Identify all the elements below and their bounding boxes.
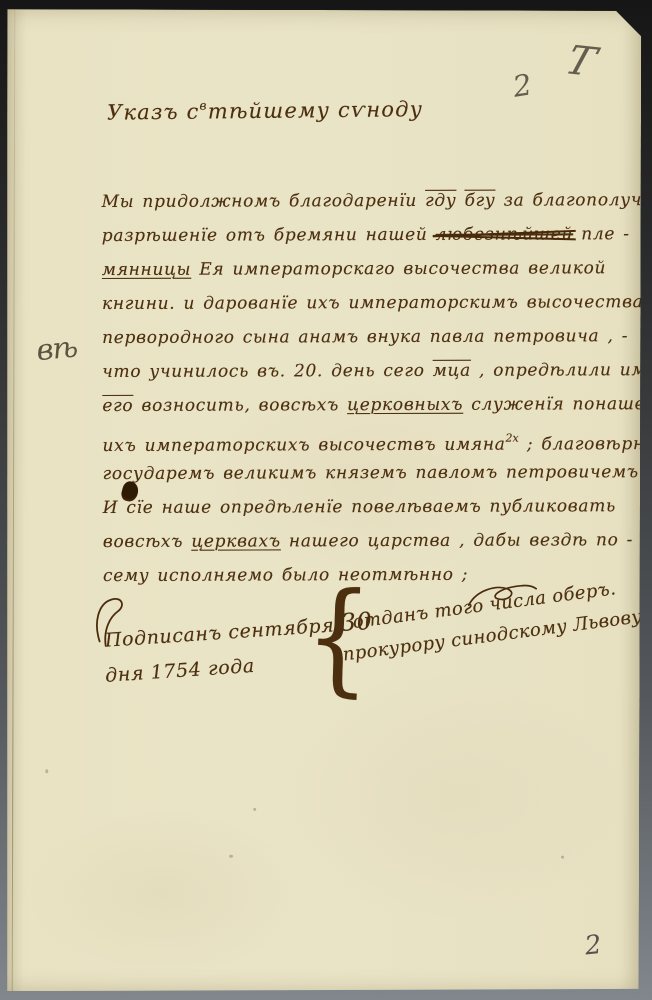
line-text: ихъ императорскихъ высочествъ имяна (102, 435, 505, 456)
line-text: служенїя понаше (463, 394, 645, 415)
line-text: первородного сына анамъ внука павла петр… (102, 326, 628, 348)
paper-speck (229, 855, 233, 858)
underlined-word: церквахъ (191, 531, 281, 551)
line-text: что учинилось въ. 20. день сего (102, 361, 433, 382)
paper-left-crease (12, 9, 16, 991)
crossed-out-word: любезнѣйшей (436, 224, 574, 244)
paper-speck (561, 856, 564, 859)
document-title: Указъ свтѣйшему сѵноду (107, 96, 423, 125)
margin-scribal-mark: вѣ (35, 329, 79, 367)
underlined-word: мянницы (102, 260, 191, 280)
manuscript-line: Мы придолжномъ благодаренїи гду бгу за б… (102, 183, 622, 219)
manuscript-line: его возносить, вовсѣхъ церковныхъ служен… (102, 387, 622, 423)
line-text: Ея императорскаго высочества великой (191, 258, 606, 279)
line-text: разрѣшенїе отъ бремяни нашей (102, 225, 436, 246)
manuscript-line: государемъ великимъ княземъ павломъ петр… (103, 455, 623, 491)
line-text: сему исполняемо было неотмѣнно ; (103, 565, 468, 586)
manuscript-line: И сїе наше опредѣленїе повелѣваемъ публи… (103, 489, 623, 525)
abbreviated-word: бгу (465, 191, 496, 211)
line-text: государемъ великимъ княземъ павломъ петр… (103, 462, 652, 484)
abbreviated-word: мца (433, 361, 471, 381)
line-text: кнгини. и дарованїе ихъ императорскимъ в… (102, 292, 652, 314)
abbreviated-word: гду (425, 191, 456, 211)
line-text: возносить, вовсѣхъ (133, 395, 347, 416)
manuscript-line: вовсѣхъ церквахъ нашего царства , дабы в… (103, 523, 623, 559)
superscript-mark: 2х (506, 432, 519, 445)
paper-speck (45, 769, 48, 773)
manuscript-page: Т 2 2 Указъ свтѣйшему сѵноду вѣ Мы придо… (5, 9, 642, 993)
title-text: Указъ с (107, 100, 200, 125)
page-number-top: 2 (511, 67, 534, 103)
manuscript-line: первородного сына анамъ внука павла петр… (102, 319, 622, 355)
manuscript-body: Мы придолжномъ благодаренїи гду бгу за б… (102, 183, 623, 593)
line-text: И сїе наше опредѣленїе повелѣваемъ публи… (103, 496, 616, 518)
line-text: за благополучное (495, 190, 652, 211)
scan-background: Т 2 2 Указъ свтѣйшему сѵноду вѣ Мы придо… (0, 0, 652, 1000)
manuscript-line: что учинилось въ. 20. день сего мца , оп… (102, 353, 622, 389)
title-superscript: в (199, 98, 207, 112)
page-number-bottom: 2 (583, 930, 603, 962)
line-text: вовсѣхъ (103, 532, 192, 552)
line-text: , опредѣлили имя (471, 360, 652, 381)
abbreviated-word: его (102, 396, 133, 416)
manuscript-line: кнгини. и дарованїе ихъ императорскимъ в… (102, 285, 622, 321)
manuscript-line: мянницы Ея императорскаго высочества вел… (102, 251, 622, 287)
manuscript-line: ихъ императорскихъ высочествъ имяна2х ; … (102, 421, 622, 457)
title-text-tail: тѣйшему сѵноду (208, 97, 424, 123)
paper-speck (253, 808, 256, 811)
line-text: нашего царства , дабы вездѣ по - (281, 530, 633, 551)
pencil-mark-letter: Т (560, 38, 601, 86)
manuscript-line: разрѣшенїе отъ бремяни нашей любезнѣйшей… (102, 217, 622, 253)
line-text: ; благовѣрнымъ (519, 434, 652, 455)
line-text: Мы придолжномъ благодаренїи (102, 191, 426, 212)
line-text (456, 191, 464, 211)
line-text: пле - (573, 224, 630, 244)
underlined-word: церковныхъ (347, 395, 463, 415)
